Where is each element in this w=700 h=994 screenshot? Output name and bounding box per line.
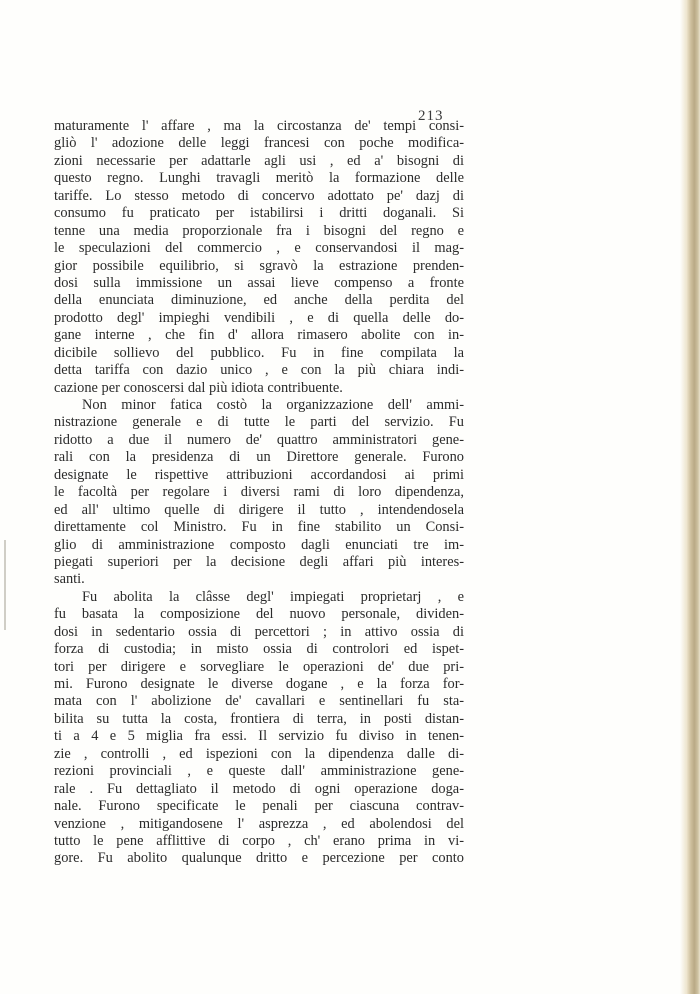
text-line: rezioni provinciali , e queste dall' amm… <box>54 763 464 780</box>
text-line: tariffe. Lo stesso metodo di concervo ad… <box>54 188 464 205</box>
text-line: mi. Furono designate le diverse dogane ,… <box>54 676 464 693</box>
text-line: zie , controlli , ed ispezioni con la di… <box>54 746 464 763</box>
text-line: le speculazioni del commercio , e conser… <box>54 240 464 257</box>
text-line: questo regno. Lunghi travagli meritò la … <box>54 170 464 187</box>
text-line: prodotto degl' impieghi vendibili , e di… <box>54 310 464 327</box>
text-line: ridotto a due il numero de' quattro ammi… <box>54 432 464 449</box>
paragraph: Non minor fatica costò la organizzazione… <box>54 397 464 589</box>
text-line: bilita su tutta la costa, frontiera di t… <box>54 711 464 728</box>
scan-artifact <box>4 540 6 630</box>
text-line: nistrazione generale e di tutte le parti… <box>54 414 464 431</box>
text-line: glio di amministrazione composto dagli e… <box>54 537 464 554</box>
text-line: direttamente col Ministro. Fu in fine st… <box>54 519 464 536</box>
text-line: venzione , mitigandosene l' asprezza , e… <box>54 816 464 833</box>
paragraph: Fu abolita la clâsse degl' impiegati pro… <box>54 589 464 868</box>
book-page-edge <box>686 0 700 994</box>
text-line: dosi in sedentario ossia di percettori ;… <box>54 624 464 641</box>
text-line: nale. Furono specificate le penali per c… <box>54 798 464 815</box>
text-line: Non minor fatica costò la organizzazione… <box>54 397 464 414</box>
text-line: fu basata la composizione del nuovo pers… <box>54 606 464 623</box>
text-line: le facoltà per regolare i diversi rami d… <box>54 484 464 501</box>
text-line: gior possibile equilibrio, si sgravò la … <box>54 258 464 275</box>
text-line: consumo fu praticato per istabilirsi i d… <box>54 205 464 222</box>
scanned-book-page: 213 maturamente l' affare , ma la circos… <box>0 0 700 994</box>
text-line: santi. <box>54 571 464 588</box>
text-line: gane interne , che fin d' allora rimaser… <box>54 327 464 344</box>
text-line: dicibile sollievo del pubblico. Fu in fi… <box>54 345 464 362</box>
text-line: maturamente l' affare , ma la circostanz… <box>54 118 464 135</box>
text-line: mata con l' abolizione de' cavallari e s… <box>54 693 464 710</box>
text-line: designate le rispettive attribuzioni acc… <box>54 467 464 484</box>
text-line: tutto le pene afflittive di corpo , ch' … <box>54 833 464 850</box>
text-line: detta tariffa con dazio unico , e con la… <box>54 362 464 379</box>
text-line: ed all' ultimo quelle di dirigere il tut… <box>54 502 464 519</box>
text-line: zioni necessarie per adattarle agli usi … <box>54 153 464 170</box>
text-line: gore. Fu abolito qualunque dritto e perc… <box>54 850 464 867</box>
text-line: piegati superiori per la decisione degli… <box>54 554 464 571</box>
text-line: tori per dirigere e sorvegliare le opera… <box>54 659 464 676</box>
text-line: cazione per conoscersi dal più idiota co… <box>54 380 464 397</box>
text-line: forza di custodia; in misto ossia di con… <box>54 641 464 658</box>
body-text: maturamente l' affare , ma la circostanz… <box>54 118 464 868</box>
text-line: ti a 4 e 5 miglia fra essi. Il servizio … <box>54 728 464 745</box>
text-line: gliò l' adozione delle leggi francesi co… <box>54 135 464 152</box>
paragraph: maturamente l' affare , ma la circostanz… <box>54 118 464 397</box>
text-line: Fu abolita la clâsse degl' impiegati pro… <box>54 589 464 606</box>
text-line: rali con la presidenza di un Direttore g… <box>54 449 464 466</box>
text-line: rale . Fu dettagliato il metodo di ogni … <box>54 781 464 798</box>
text-line: dosi sulla immissione un assai lieve com… <box>54 275 464 292</box>
text-line: tenne una media proporzionale fra i biso… <box>54 223 464 240</box>
text-line: della enunciata diminuzione, ed anche de… <box>54 292 464 309</box>
